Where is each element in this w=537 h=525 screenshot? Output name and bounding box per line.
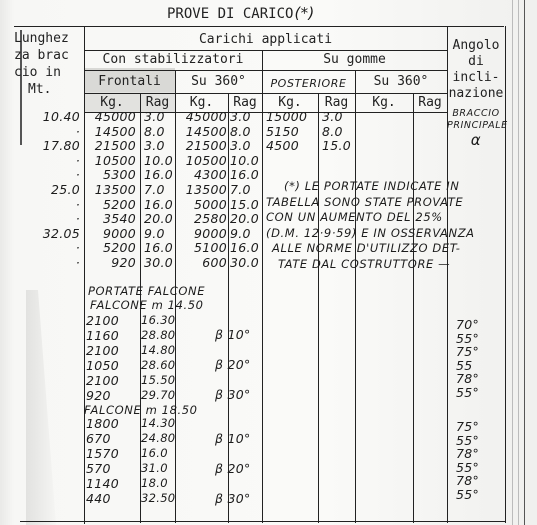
su360-kg-cell: 2580 xyxy=(175,212,227,227)
kg-header: Kg. xyxy=(262,95,318,110)
rule-under-frontali xyxy=(84,93,447,94)
rear-rag-cell: 8.0 xyxy=(322,125,354,140)
frontal-rag-cell: 8.0 xyxy=(144,125,176,140)
jib-rag-cell: 16.0 xyxy=(141,446,181,461)
arm-length-column: 10.40·17.80··25.0··32.05·· xyxy=(20,110,80,271)
jib-rag-cell: 32.50 xyxy=(141,491,181,506)
arm-length-cell: 25.0 xyxy=(20,183,80,198)
arm-length-cell: · xyxy=(20,256,80,271)
jib-rag-cell: 14.30 xyxy=(141,416,181,431)
frontal-kg-cell: 5200 xyxy=(84,198,136,213)
jib-kg-cell: 1800 xyxy=(86,416,138,431)
su360-header-b: Su 360° xyxy=(355,74,447,89)
footnote-line: TABELLA SONO STATE PROVATE xyxy=(262,195,537,211)
col-line-su360b xyxy=(355,70,356,523)
jib-beta-angle: β 10° xyxy=(215,320,275,350)
title-asterisk-mark: (*) xyxy=(294,4,314,22)
on-tires-header: Su gomme xyxy=(262,52,447,67)
frontal-kg-cell: 21500 xyxy=(84,139,136,154)
jib-rag-cell: 24.80 xyxy=(141,431,181,446)
arm-length-header-line: Lunghez xyxy=(14,30,69,47)
arm-length-cell: 17.80 xyxy=(20,139,80,154)
arm-length-header-line: cio in xyxy=(14,64,69,81)
arm-length-header: Lunghez za brac cio in Mt. xyxy=(14,30,69,98)
su360-rag-cell: 3.0 xyxy=(230,139,262,154)
jib-beta-angle: β 10° xyxy=(215,424,275,454)
frontal-rag-column: 3.08.03.010.016.07.016.020.09.016.030.0 xyxy=(144,110,176,271)
footnote-line: (*) LE PORTATE INDICATE IN xyxy=(262,179,537,195)
footnote-line: CON UN AUMENTO DEL 25% xyxy=(262,210,537,226)
jib-heading: PORTATE FALCONE xyxy=(88,284,205,298)
frontal-rag-cell: 30.0 xyxy=(144,256,176,271)
jib-rag-cell: 31.0 xyxy=(141,461,181,476)
frontal-rag-cell: 16.0 xyxy=(144,198,176,213)
arm-length-cell: · xyxy=(20,212,80,227)
frontal-header: Frontali xyxy=(84,74,175,89)
footnote: (*) LE PORTATE INDICATE IN TABELLA SONO … xyxy=(262,179,537,272)
su360-kg-cell: 5100 xyxy=(175,241,227,256)
jib-kg-cell: 1160 xyxy=(86,328,138,343)
frontal-rag-cell: 16.0 xyxy=(144,168,176,183)
frontal-kg-cell: 13500 xyxy=(84,183,136,198)
rag-header: Rag xyxy=(413,95,447,110)
frontal-rag-cell: 3.0 xyxy=(144,139,176,154)
jib-18-rag-column: 14.3024.8016.031.018.032.50 xyxy=(141,416,181,506)
arm-length-cell: 10.40 xyxy=(20,110,80,125)
frontal-kg-cell: 14500 xyxy=(84,125,136,140)
scanned-page: PROVE DI CARICO(*) Lunghez za brac cio i… xyxy=(0,0,537,525)
jib-alpha-angle: 55° xyxy=(456,488,496,502)
su360-kg-cell: 21500 xyxy=(175,139,227,154)
jib-beta-angle: β 20° xyxy=(215,454,275,484)
arm-length-cell: · xyxy=(20,125,80,140)
arm-length-cell: · xyxy=(20,241,80,256)
arm-length-cell: · xyxy=(20,168,80,183)
frontal-rag-cell: 9.0 xyxy=(144,227,176,242)
jib-rag-cell: 16.30 xyxy=(141,313,181,328)
angle-header-line: nazione xyxy=(447,86,505,102)
frontal-kg-cell: 5200 xyxy=(84,241,136,256)
angle-header: Angolo di incli- nazione xyxy=(447,38,505,102)
jib-18-kg-column: 180067015705701140440 xyxy=(86,416,138,506)
frontal-rag-cell: 20.0 xyxy=(144,212,176,227)
kg-header: Kg. xyxy=(175,95,228,110)
frontal-rag-cell: 10.0 xyxy=(144,154,176,169)
angle-note: BRACCIO PRINCIPALE α xyxy=(447,108,505,148)
su360-rag-cell: 7.0 xyxy=(230,183,262,198)
jib-18-alpha-column: 75°55°78°55°78°55° xyxy=(456,420,496,501)
jib-alpha-angle: 75° xyxy=(456,420,496,434)
jib-14-beta-column: β 10°β 20°β 30° xyxy=(215,320,275,410)
frontal-rag-cell: 7.0 xyxy=(144,183,176,198)
jib-rag-cell: 28.80 xyxy=(141,328,181,343)
angle-header-line: incli- xyxy=(447,70,505,86)
jib-rag-cell: 28.60 xyxy=(141,358,181,373)
arm-length-cell: 32.05 xyxy=(20,227,80,242)
su360-kg-cell: 4300 xyxy=(175,168,227,183)
rag-header: Rag xyxy=(140,95,175,110)
col-line-right xyxy=(505,26,506,523)
jib-section-label: FALCONE m 18.50 xyxy=(84,403,198,417)
su360-kg-cell: 45000 xyxy=(175,110,227,125)
frontal-kg-cell: 45000 xyxy=(84,110,136,125)
jib-alpha-angle: 55° xyxy=(456,461,496,475)
jib-rag-cell: 15.50 xyxy=(141,373,181,388)
jib-kg-cell: 1050 xyxy=(86,358,138,373)
jib-kg-cell: 1570 xyxy=(86,446,138,461)
su360-rag-cell: 30.0 xyxy=(230,256,262,271)
rear-kg-cell: 15000 xyxy=(266,110,316,125)
frontal-kg-column: 4500014500215001050053001350052003540900… xyxy=(84,110,136,271)
rear-kg-column: 1500051504500 xyxy=(266,110,316,154)
rule-under-carichi xyxy=(84,50,447,51)
jib-alpha-angle: 78° xyxy=(456,474,496,488)
arm-length-header-line: za brac xyxy=(14,47,69,64)
su360-rag-cell: 9.0 xyxy=(230,227,262,242)
angle-header-line: Angolo xyxy=(447,38,505,54)
su360-kg-cell: 600 xyxy=(175,256,227,271)
jib-14-rag-column: 16.3028.8014.8028.6015.5029.70 xyxy=(141,313,181,403)
frontal-rag-cell: 3.0 xyxy=(144,110,176,125)
jib-14-alpha-column: 70°55°75°5578°55° xyxy=(456,318,496,399)
jib-alpha-angle: 55° xyxy=(456,434,496,448)
arm-length-cell: · xyxy=(20,198,80,213)
jib-14-kg-column: 21001160210010502100920 xyxy=(86,313,138,403)
jib-kg-cell: 2100 xyxy=(86,343,138,358)
jib-beta-angle: β 20° xyxy=(215,350,275,380)
angle-note-line: BRACCIO xyxy=(447,108,505,120)
su360-rag-cell: 20.0 xyxy=(230,212,262,227)
footnote-line: TATE DAL COSTRUTTORE — xyxy=(262,257,537,273)
su360-kg-column: 4500014500215001050043001350050002580900… xyxy=(175,110,227,271)
arm-length-header-line: Mt. xyxy=(14,81,69,98)
su360-rag-column: 3.08.03.010.016.07.015.020.09.016.030.0 xyxy=(230,110,262,271)
with-stabilizers-header: Con stabilizzatori xyxy=(84,52,262,67)
jib-alpha-angle: 70° xyxy=(456,318,496,332)
jib-rag-cell: 29.70 xyxy=(141,388,181,403)
frontal-kg-cell: 9000 xyxy=(84,227,136,242)
frontal-rag-cell: 16.0 xyxy=(144,241,176,256)
rag-header: Rag xyxy=(228,95,262,110)
jib-kg-cell: 570 xyxy=(86,461,138,476)
jib-18-beta-column: β 10°β 20°β 30° xyxy=(215,424,275,514)
rear-rag-cell: 3.0 xyxy=(322,110,354,125)
jib-kg-cell: 920 xyxy=(86,388,138,403)
col-line-su360b-rag xyxy=(413,93,414,523)
kg-header: Kg. xyxy=(84,95,140,110)
rule-under-stabilizzatori xyxy=(84,70,447,71)
jib-kg-cell: 2100 xyxy=(86,313,138,328)
footnote-line: (D.M. 12·9·59) E IN OSSERVANZA xyxy=(262,226,537,242)
applied-loads-header: Carichi applicati xyxy=(84,32,447,47)
jib-rag-cell: 18.0 xyxy=(141,476,181,491)
su360-rag-cell: 16.0 xyxy=(230,168,262,183)
su360-kg-cell: 14500 xyxy=(175,125,227,140)
col-line-rear-rag xyxy=(318,93,319,523)
jib-kg-cell: 2100 xyxy=(86,373,138,388)
frontal-kg-cell: 920 xyxy=(84,256,136,271)
rear-kg-cell: 4500 xyxy=(266,139,316,154)
jib-alpha-angle: 55 xyxy=(456,359,496,373)
jib-kg-cell: 440 xyxy=(86,491,138,506)
footnote-line: ALLE NORME D'UTILIZZO DET- xyxy=(262,241,537,257)
su360-rag-cell: 16.0 xyxy=(230,241,262,256)
jib-alpha-angle: 55° xyxy=(456,332,496,346)
jib-alpha-angle: 55° xyxy=(456,386,496,400)
rag-header: Rag xyxy=(318,95,355,110)
jib-alpha-angle: 78° xyxy=(456,372,496,386)
su360-kg-cell: 13500 xyxy=(175,183,227,198)
frontal-kg-cell: 3540 xyxy=(84,212,136,227)
binder-shadow xyxy=(26,290,56,525)
jib-beta-angle: β 30° xyxy=(215,484,275,514)
jib-alpha-angle: 75° xyxy=(456,345,496,359)
jib-kg-cell: 670 xyxy=(86,431,138,446)
arm-length-cell: · xyxy=(20,154,80,169)
su360-rag-cell: 8.0 xyxy=(230,125,262,140)
su360-kg-cell: 9000 xyxy=(175,227,227,242)
su360-rag-cell: 15.0 xyxy=(230,198,262,213)
title-text: PROVE DI CARICO xyxy=(167,6,293,22)
kg-header: Kg. xyxy=(355,95,413,110)
su360-header-a: Su 360° xyxy=(175,74,262,89)
frontal-kg-cell: 5300 xyxy=(84,168,136,183)
rear-rag-cell: 15.0 xyxy=(322,139,354,154)
jib-alpha-angle: 78° xyxy=(456,447,496,461)
alpha-symbol: α xyxy=(447,132,505,148)
su360-kg-cell: 10500 xyxy=(175,154,227,169)
rear-rag-column: 3.08.015.0 xyxy=(322,110,354,154)
su360-kg-cell: 5000 xyxy=(175,198,227,213)
rear-kg-cell: 5150 xyxy=(266,125,316,140)
rear-header: POSTERIORE xyxy=(262,77,355,90)
frontal-kg-cell: 10500 xyxy=(84,154,136,169)
top-rule xyxy=(14,26,504,27)
jib-kg-cell: 1140 xyxy=(86,476,138,491)
angle-header-line: di xyxy=(447,54,505,70)
su360-rag-cell: 10.0 xyxy=(230,154,262,169)
jib-rag-cell: 14.80 xyxy=(141,343,181,358)
document-title: PROVE DI CARICO(*) xyxy=(167,4,315,22)
jib-beta-angle: β 30° xyxy=(215,380,275,410)
su360-rag-cell: 3.0 xyxy=(230,110,262,125)
jib-section-label: FALCONE m 14.50 xyxy=(90,298,204,312)
